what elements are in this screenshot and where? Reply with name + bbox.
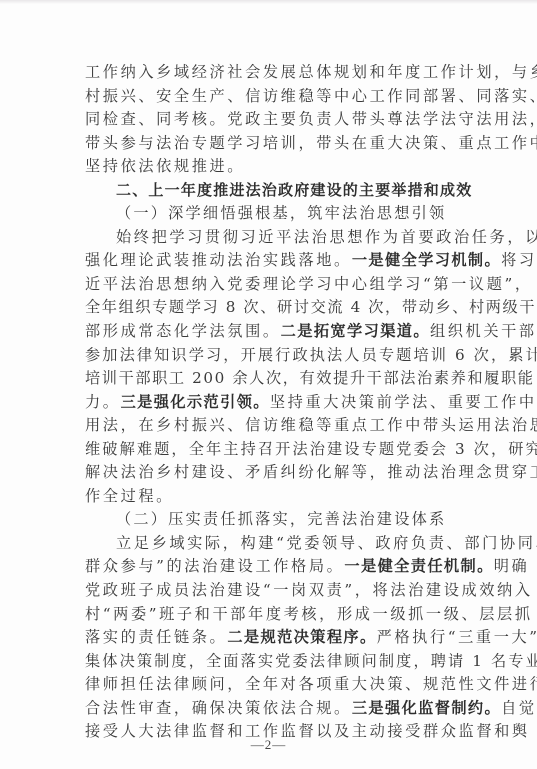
text-line-mixed: 力。三是强化示范引领。坚持重大决策前学法、重要工作中 xyxy=(85,391,459,415)
document-body: 工作纳入乡域经济社会发展总体规划和年度工作计划，与乡 村振兴、安全生产、信访维稳… xyxy=(85,61,459,744)
text-span: 落实的责任链条。 xyxy=(85,628,227,646)
text-line: 参加法律知识学习，开展行政执法人员专题培训 6 次，累计 xyxy=(85,344,459,368)
section-heading: 二、上一年度推进法治政府建设的主要举措和成效 xyxy=(85,179,459,203)
text-line: 作全过程。 xyxy=(85,485,459,509)
text-span: 强化理论武装推动法治实践落地。 xyxy=(85,251,352,269)
subsection-heading: （二）压实责任抓落实，完善法治建设体系 xyxy=(85,508,459,532)
bold-keyphrase: 三是强化示范引领。 xyxy=(121,393,270,411)
text-span: 部形成常态化学法氛围。 xyxy=(85,322,281,340)
bold-keyphrase: 二是规范决策程序。 xyxy=(227,628,376,646)
text-span: 合法性审查，确保决策依法合规。 xyxy=(85,699,352,717)
text-span: 坚持重大决策前学法、重要工作中 xyxy=(270,393,537,411)
text-line: 带头参与法治专题学习培训，带头在重大决策、重点工作中 xyxy=(85,132,459,156)
text-line-mixed: 合法性审查，确保决策依法合规。三是强化监督制约。自觉 xyxy=(85,697,459,721)
text-line: 律师担任法律顾问，全年对各项重大决策、规范性文件进行 xyxy=(85,673,459,697)
scan-edge-shade xyxy=(0,0,537,4)
bold-keyphrase: 一是健全责任机制。 xyxy=(344,557,493,575)
text-line-mixed: 群众参与”的法治建设工作格局。一是健全责任机制。明确 xyxy=(85,555,459,579)
text-line-mixed: 部形成常态化学法氛围。二是拓宽学习渠道。组织机关干部 xyxy=(85,320,459,344)
bold-keyphrase: 一是健全学习机制。 xyxy=(352,251,501,269)
bold-keyphrase: 二是拓宽学习渠道。 xyxy=(281,322,430,340)
paragraph-start: 立足乡域实际，构建“党委领导、政府负责、部门协同、 xyxy=(85,532,459,556)
text-span: 明确 xyxy=(494,557,530,575)
text-line: 同检查、同考核。党政主要负责人带头尊法学法守法用法， xyxy=(85,108,459,132)
text-line: 坚持依法依规推进。 xyxy=(85,155,459,179)
text-span: 群众参与”的法治建设工作格局。 xyxy=(85,557,344,575)
text-line: 党政班子成员法治建设“一岗双责”，将法治建设成效纳入 xyxy=(85,579,459,603)
text-span: 严格执行“三重一大” xyxy=(377,628,537,646)
text-span: 自觉 xyxy=(501,699,537,717)
text-span: 组织机关干部 xyxy=(430,322,537,340)
paragraph-start: 始终把学习贯彻习近平法治思想作为首要政治任务，以 xyxy=(85,226,459,250)
text-line-mixed: 落实的责任链条。二是规范决策程序。严格执行“三重一大” xyxy=(85,626,459,650)
text-line: 解决法治乡村建设、矛盾纠纷化解等，推动法治理念贯穿工 xyxy=(85,461,459,485)
text-line: 工作纳入乡域经济社会发展总体规划和年度工作计划，与乡 xyxy=(85,61,459,85)
text-span: 力。 xyxy=(85,393,121,411)
bold-keyphrase: 三是强化监督制约。 xyxy=(352,699,501,717)
text-line: 集体决策制度，全面落实党委法律顾问制度，聘请 1 名专业 xyxy=(85,650,459,674)
page-number: —2— xyxy=(0,737,537,753)
subsection-heading: （一）深学细悟强根基，筑牢法治思想引领 xyxy=(85,202,459,226)
text-line: 村振兴、安全生产、信访维稳等中心工作同部署、同落实、 xyxy=(85,85,459,109)
text-line: 近平法治思想纳入党委理论学习中心组学习“第一议题”， xyxy=(85,273,459,297)
text-line: 用法，在乡村振兴、信访维稳等重点工作中带头运用法治思 xyxy=(85,414,459,438)
text-line: 维破解难题，全年主持召开法治建设专题党委会 3 次，研究 xyxy=(85,438,459,462)
text-line-mixed: 强化理论武装推动法治实践落地。一是健全学习机制。将习 xyxy=(85,249,459,273)
text-line: 村“两委”班子和干部年度考核，形成一级抓一级、层层抓 xyxy=(85,603,459,627)
text-span: 将习 xyxy=(501,251,537,269)
text-line: 全年组织专题学习 8 次、研讨交流 4 次，带动乡、村两级干 xyxy=(85,296,459,320)
text-line: 培训干部职工 200 余人次，有效提升干部法治素养和履职能 xyxy=(85,367,459,391)
